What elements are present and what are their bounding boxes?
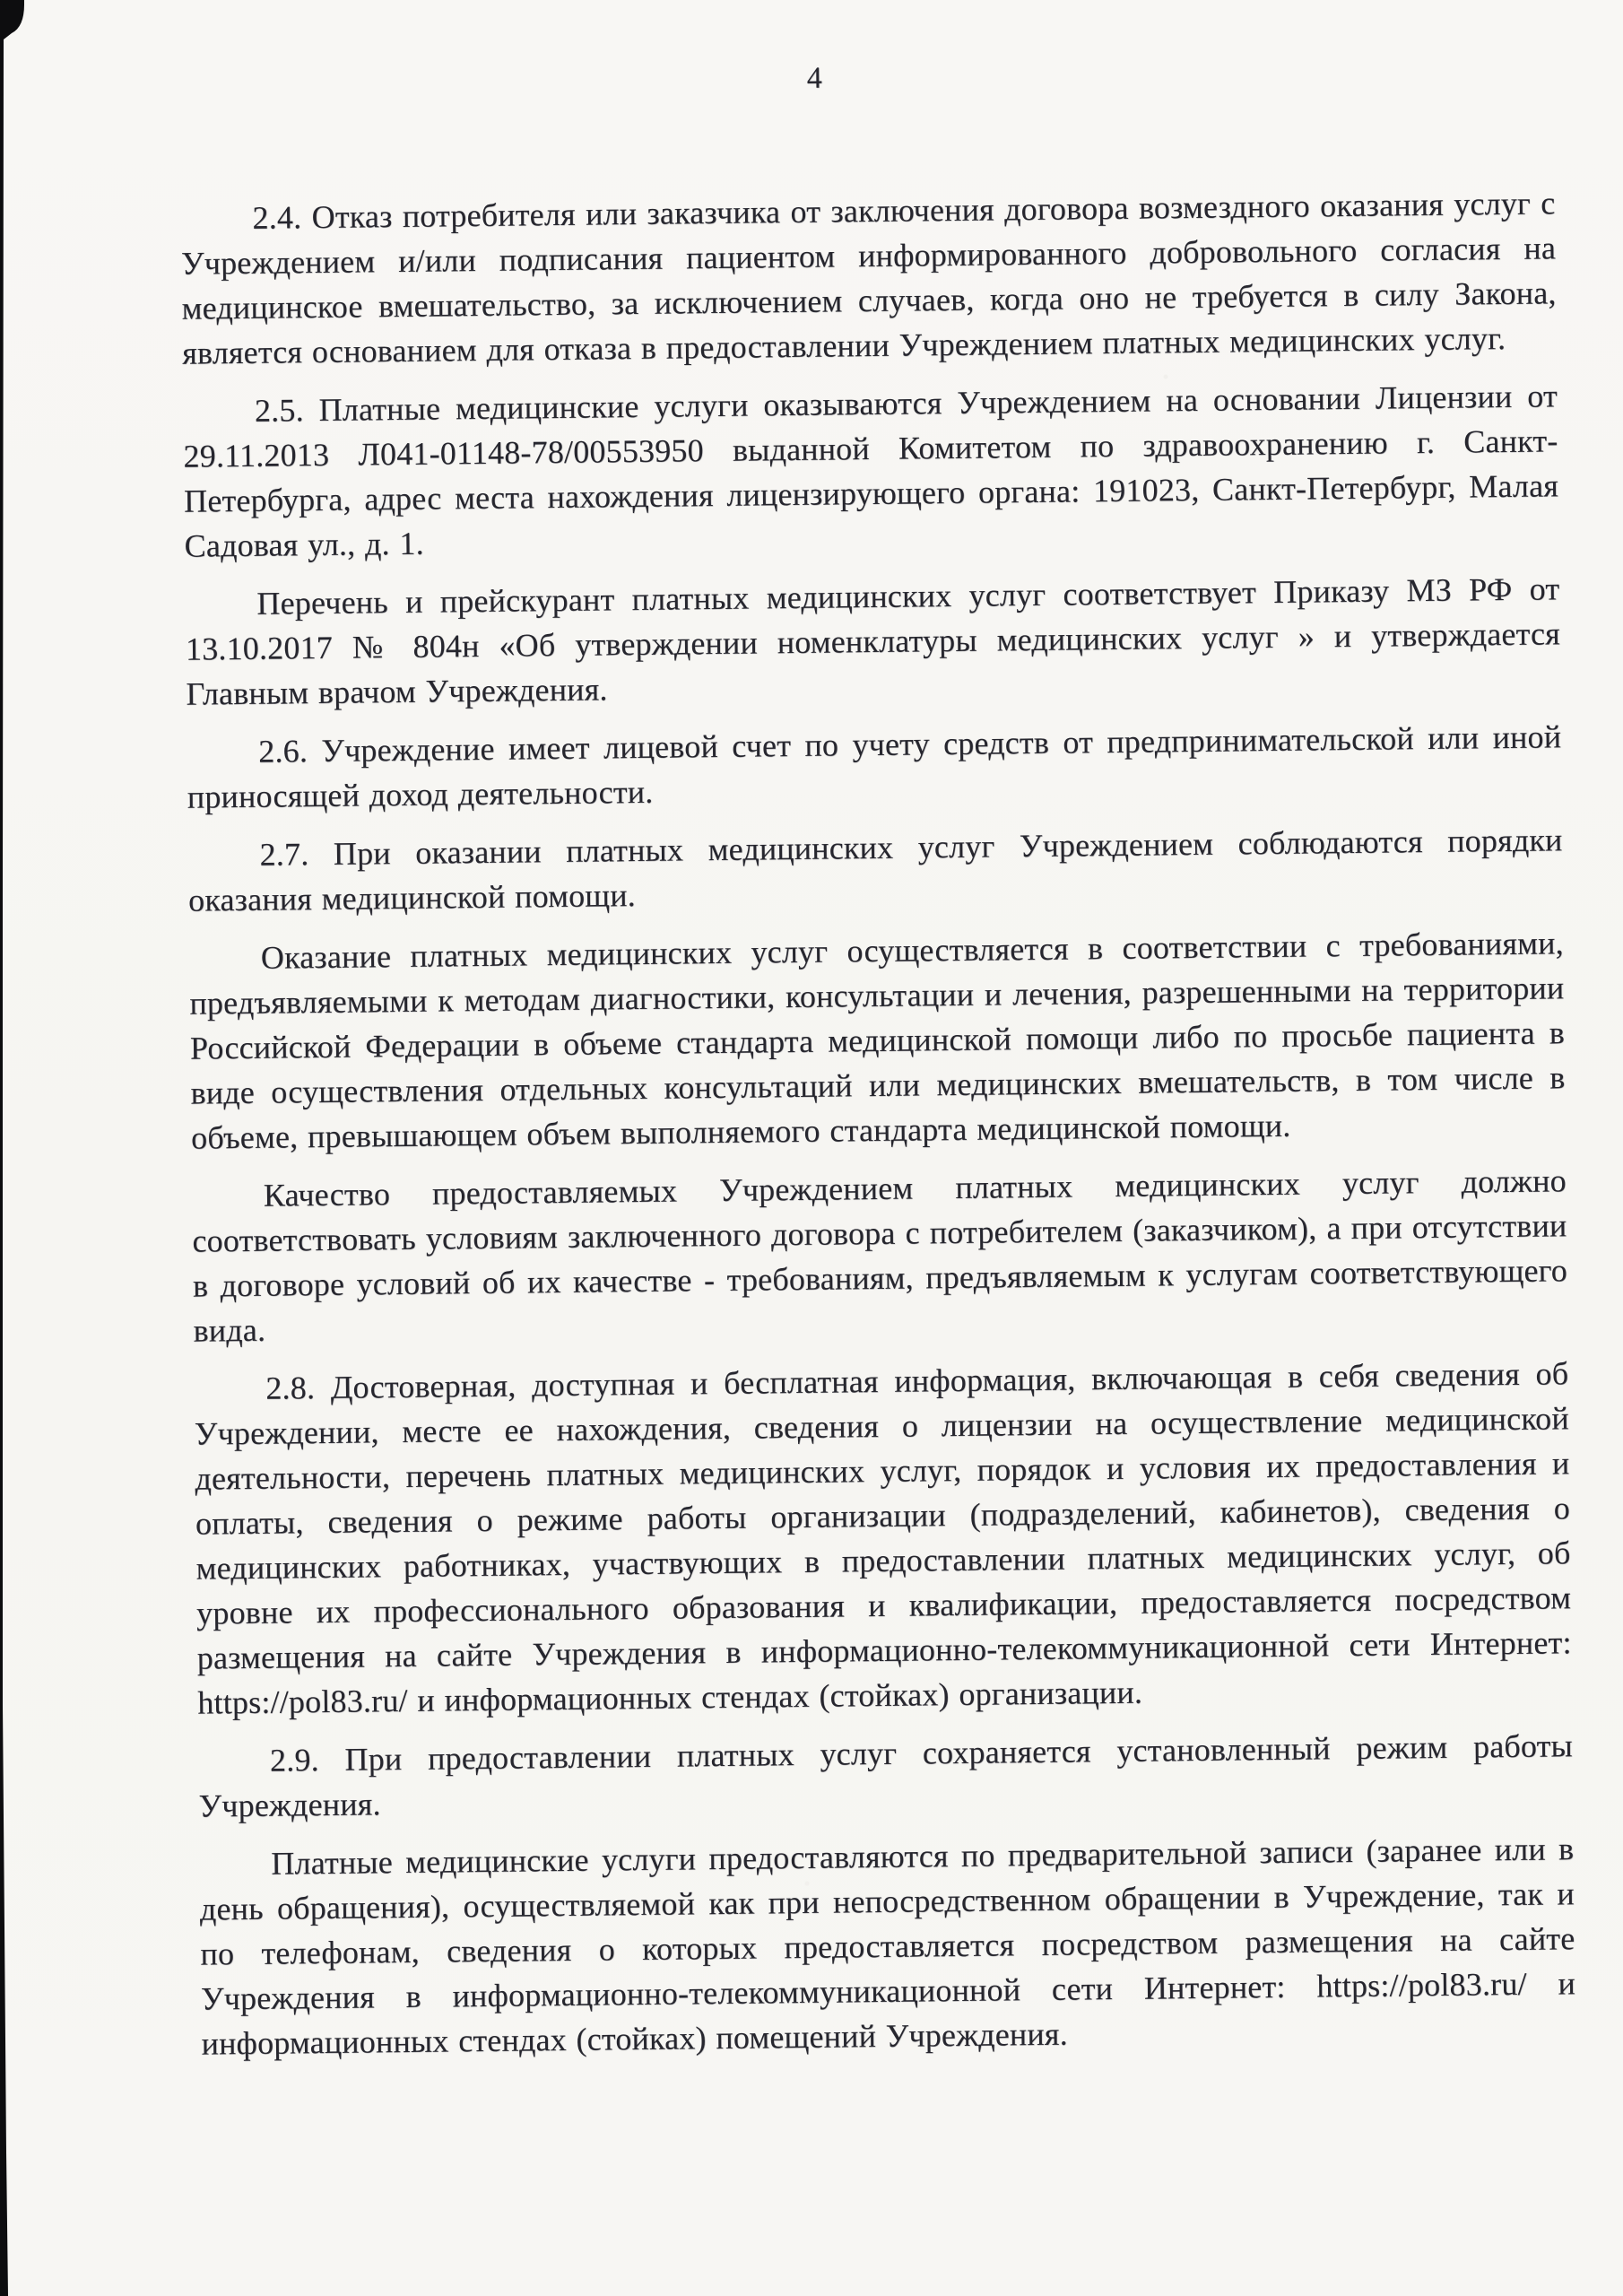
paragraph-2-9: 2.9. При предоставлении платных услуг со…	[198, 1723, 1574, 1828]
paragraph-2-7: 2.7. При оказании платных медицинских ус…	[187, 817, 1563, 922]
paragraph-2-6: 2.6. Учреждение имеет лицевой счет по уч…	[187, 714, 1562, 819]
paragraph-2-8: 2.8. Достоверная, доступная и бесплатная…	[194, 1351, 1572, 1725]
paragraph-appointments: Платные медицинские услуги предоставляют…	[199, 1826, 1576, 2066]
document-content: 4 2.4. Отказ потребителя или заказчика о…	[179, 48, 1576, 2079]
paragraph-pricelist: Перечень и прейскурант платных медицинск…	[185, 566, 1561, 716]
paragraph-2-5: 2.5. Платные медицинские услуги оказываю…	[183, 373, 1559, 568]
paragraph-2-4: 2.4. Отказ потребителя или заказчика от …	[180, 180, 1557, 375]
document-paragraphs: 2.4. Отказ потребителя или заказчика от …	[180, 180, 1576, 2066]
paragraph-quality: Качество предоставляемых Учреждением пла…	[192, 1158, 1568, 1352]
paragraph-provision-standards: Оказание платных медицинских услуг осуще…	[189, 920, 1567, 1160]
page-number: 4	[127, 48, 1502, 109]
scanner-edge-artifact	[0, 0, 27, 2296]
scanned-page: 4 2.4. Отказ потребителя или заказчика о…	[0, 0, 1623, 2296]
